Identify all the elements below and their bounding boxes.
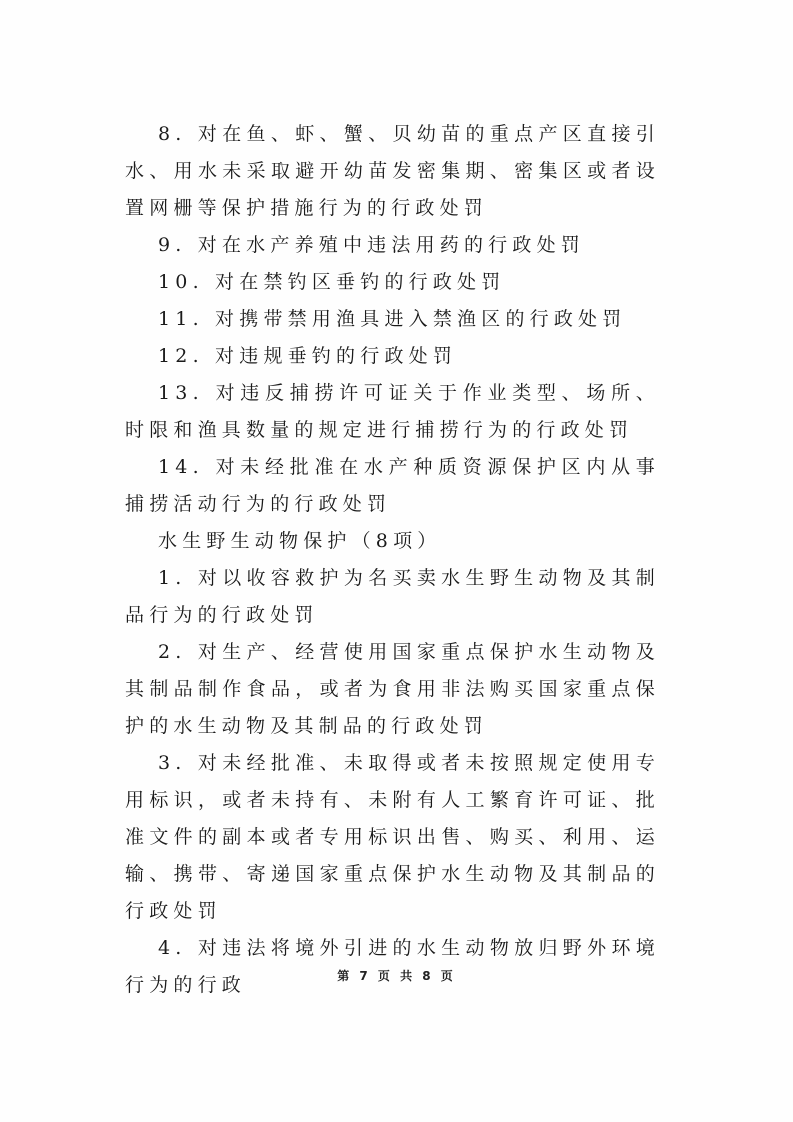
page-number-footer: 第 7 页 共 8 页 bbox=[0, 967, 793, 984]
list-item-10: 10. 对在禁钓区垂钓的行政处罚 bbox=[125, 264, 660, 301]
wildlife-list-item-1: 1. 对以收容救护为名买卖水生野生动物及其制品行为的行政处罚 bbox=[125, 560, 660, 634]
list-item-8: 8. 对在鱼、虾、蟹、贝幼苗的重点产区直接引水、用水未采取避开幼苗发密集期、密集… bbox=[125, 116, 660, 227]
section-heading: 水生野生动物保护（8项） bbox=[125, 523, 660, 560]
list-item-13: 13. 对违反捕捞许可证关于作业类型、场所、时限和渔具数量的规定进行捕捞行为的行… bbox=[125, 375, 660, 449]
list-item-11: 11. 对携带禁用渔具进入禁渔区的行政处罚 bbox=[125, 301, 660, 338]
list-item-9: 9. 对在水产养殖中违法用药的行政处罚 bbox=[125, 227, 660, 264]
wildlife-list-item-2: 2. 对生产、经营使用国家重点保护水生动物及其制品制作食品，或者为食用非法购买国… bbox=[125, 634, 660, 745]
document-page: 8. 对在鱼、虾、蟹、贝幼苗的重点产区直接引水、用水未采取避开幼苗发密集期、密集… bbox=[0, 0, 793, 1122]
wildlife-list-item-3: 3. 对未经批准、未取得或者未按照规定使用专用标识，或者未持有、未附有人工繁育许… bbox=[125, 745, 660, 930]
list-item-12: 12. 对违规垂钓的行政处罚 bbox=[125, 338, 660, 375]
document-body: 8. 对在鱼、虾、蟹、贝幼苗的重点产区直接引水、用水未采取避开幼苗发密集期、密集… bbox=[125, 116, 660, 1004]
list-item-14: 14. 对未经批准在水产种质资源保护区内从事捕捞活动行为的行政处罚 bbox=[125, 449, 660, 523]
